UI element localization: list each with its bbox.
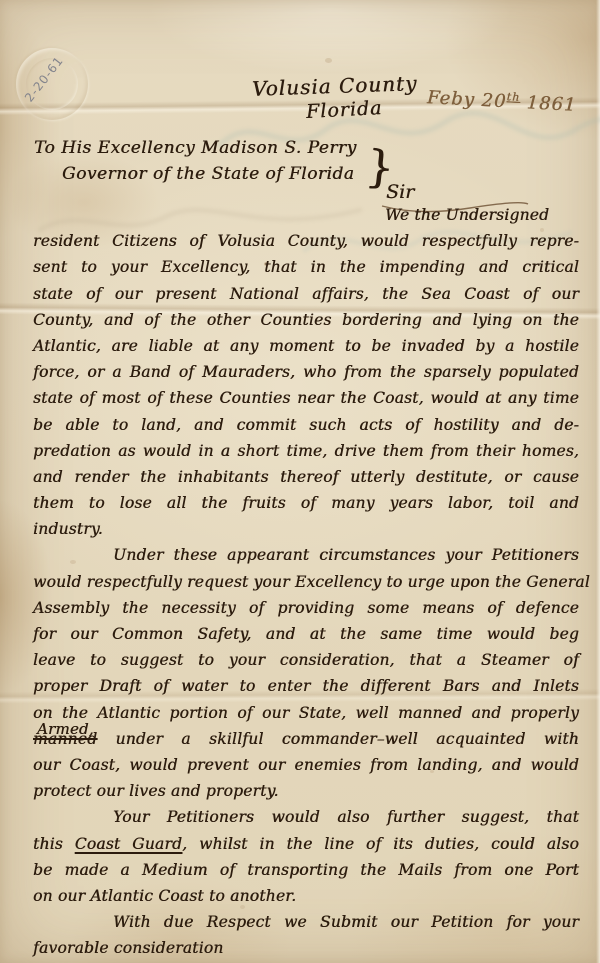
manuscript-text: industry.: [33, 520, 103, 538]
manuscript-text: state of our present National affairs, t…: [33, 285, 579, 303]
manuscript-text: protect our lives and property.: [33, 782, 279, 800]
manuscript-text: and render the inhabitants thereof utter…: [33, 468, 579, 486]
manuscript-text: proper Draft of water to enter the diffe…: [33, 677, 579, 695]
manuscript-text: them to lose all the fruits of many year…: [33, 494, 579, 512]
manuscript-text: We the Undersigned: [385, 206, 549, 224]
manuscript-text: resident Citizens of Volusia County, wou…: [33, 232, 579, 250]
manuscript-text: under a skillful commander–well acquaint…: [97, 730, 579, 748]
manuscript-line: Your Petitioners would also further sugg…: [33, 804, 579, 830]
manuscript-line: would respectfully request your Excellen…: [33, 569, 579, 595]
manuscript-text: our Coast, would prevent our enemies fro…: [33, 756, 579, 774]
manuscript-line: and render the inhabitants thereof utter…: [33, 464, 579, 490]
manuscript-line: favorable consideration: [33, 935, 579, 961]
manuscript-text: Assembly the necessity of providing some…: [33, 599, 579, 617]
manuscript-line: resident Citizens of Volusia County, wou…: [33, 228, 579, 254]
underlined-phrase: Coast Guard: [75, 835, 182, 853]
manuscript-line: for our Common Safety, and at the same t…: [33, 621, 579, 647]
manuscript-text: be made a Medium of transporting the Mai…: [33, 861, 579, 879]
manuscript-text: sent to your Excellency, that in the imp…: [33, 258, 579, 276]
manuscript-line: them to lose all the fruits of many year…: [33, 490, 579, 516]
manuscript-text: With due Respect we Submit our Petition …: [113, 913, 579, 931]
manuscript-line: predation as would in a short time, driv…: [33, 438, 579, 464]
manuscript-text: Atlantic, are liable at any moment to be…: [33, 337, 579, 355]
manuscript-text: Under these appearant circumstances your…: [113, 546, 579, 564]
manuscript-text: on our Atlantic Coast to another.: [33, 887, 296, 905]
date-year: 1861: [519, 92, 577, 116]
manuscript-line: industry.: [33, 516, 579, 542]
manuscript-line: on our Atlantic Coast to another.: [33, 883, 579, 909]
manuscript-text: this: [33, 835, 75, 853]
document-page: 2-20-61 Volusia County Florida Feby 20th…: [0, 0, 600, 963]
manuscript-text: Your Petitioners would also further sugg…: [113, 808, 579, 826]
manuscript-line: our Coast, would prevent our enemies fro…: [33, 752, 579, 778]
dateline-date: Feby 20th 1861: [427, 86, 577, 116]
manuscript-line: Assembly the necessity of providing some…: [33, 595, 579, 621]
manuscript-line: force, or a Band of Mauraders, who from …: [33, 359, 579, 385]
manuscript-line: With due Respect we Submit our Petition …: [33, 909, 579, 935]
manuscript-text: , whilst in the line of its duties, coul…: [182, 835, 579, 853]
manuscript-text: would respectfully request your Excellen…: [33, 573, 590, 591]
inserted-correction: Armed,: [37, 716, 94, 742]
manuscript-text: County, and of the other Counties border…: [33, 311, 579, 329]
paper-edge-highlight: [596, 0, 600, 963]
manuscript-line: be made a Medium of transporting the Mai…: [33, 857, 579, 883]
manuscript-text: on the Atlantic portion of our State, we…: [33, 704, 579, 722]
manuscript-line: Under these appearant circumstances your…: [33, 542, 579, 568]
manuscript-text: be able to land, and commit such acts of…: [33, 416, 579, 434]
salutation-title: Governor of the State of Florida: [62, 164, 354, 184]
manuscript-text: predation as would in a short time, driv…: [33, 442, 579, 460]
dateline-place: Volusia County: [252, 71, 418, 101]
manuscript-line: Atlantic, are liable at any moment to be…: [33, 333, 579, 359]
dateline-state: Florida: [305, 97, 382, 123]
manuscript-line: mannedArmed, under a skillful commander–…: [33, 726, 579, 752]
manuscript-line: protect our lives and property.: [33, 778, 579, 804]
struck-word: mannedArmed,: [33, 730, 97, 748]
manuscript-line: sent to your Excellency, that in the imp…: [33, 254, 579, 280]
manuscript-text: leave to suggest to your consideration, …: [33, 651, 579, 669]
date-prefix: Feby 20: [427, 87, 507, 112]
salutation-addressee: To His Excellency Madison S. Perry: [34, 138, 357, 158]
manuscript-line: this Coast Guard, whilst in the line of …: [33, 831, 579, 857]
manuscript-line: leave to suggest to your consideration, …: [33, 647, 579, 673]
manuscript-line: We the Undersigned: [385, 202, 579, 228]
manuscript-line: state of our present National affairs, t…: [33, 281, 579, 307]
manuscript-text: favorable consideration: [33, 939, 223, 957]
paper-stain: [325, 58, 332, 63]
manuscript-line: on the Atlantic portion of our State, we…: [33, 700, 579, 726]
date-ordinal: th: [506, 90, 520, 104]
manuscript-line: state of most of these Counties near the…: [33, 385, 579, 411]
manuscript-text: force, or a Band of Mauraders, who from …: [33, 363, 579, 381]
manuscript-line: be able to land, and commit such acts of…: [33, 412, 579, 438]
manuscript-text: state of most of these Counties near the…: [33, 389, 579, 407]
manuscript-text: for our Common Safety, and at the same t…: [33, 625, 579, 643]
manuscript-line: proper Draft of water to enter the diffe…: [33, 673, 579, 699]
manuscript-body: We the Undersignedresident Citizens of V…: [33, 202, 579, 961]
manuscript-line: County, and of the other Counties border…: [33, 307, 579, 333]
